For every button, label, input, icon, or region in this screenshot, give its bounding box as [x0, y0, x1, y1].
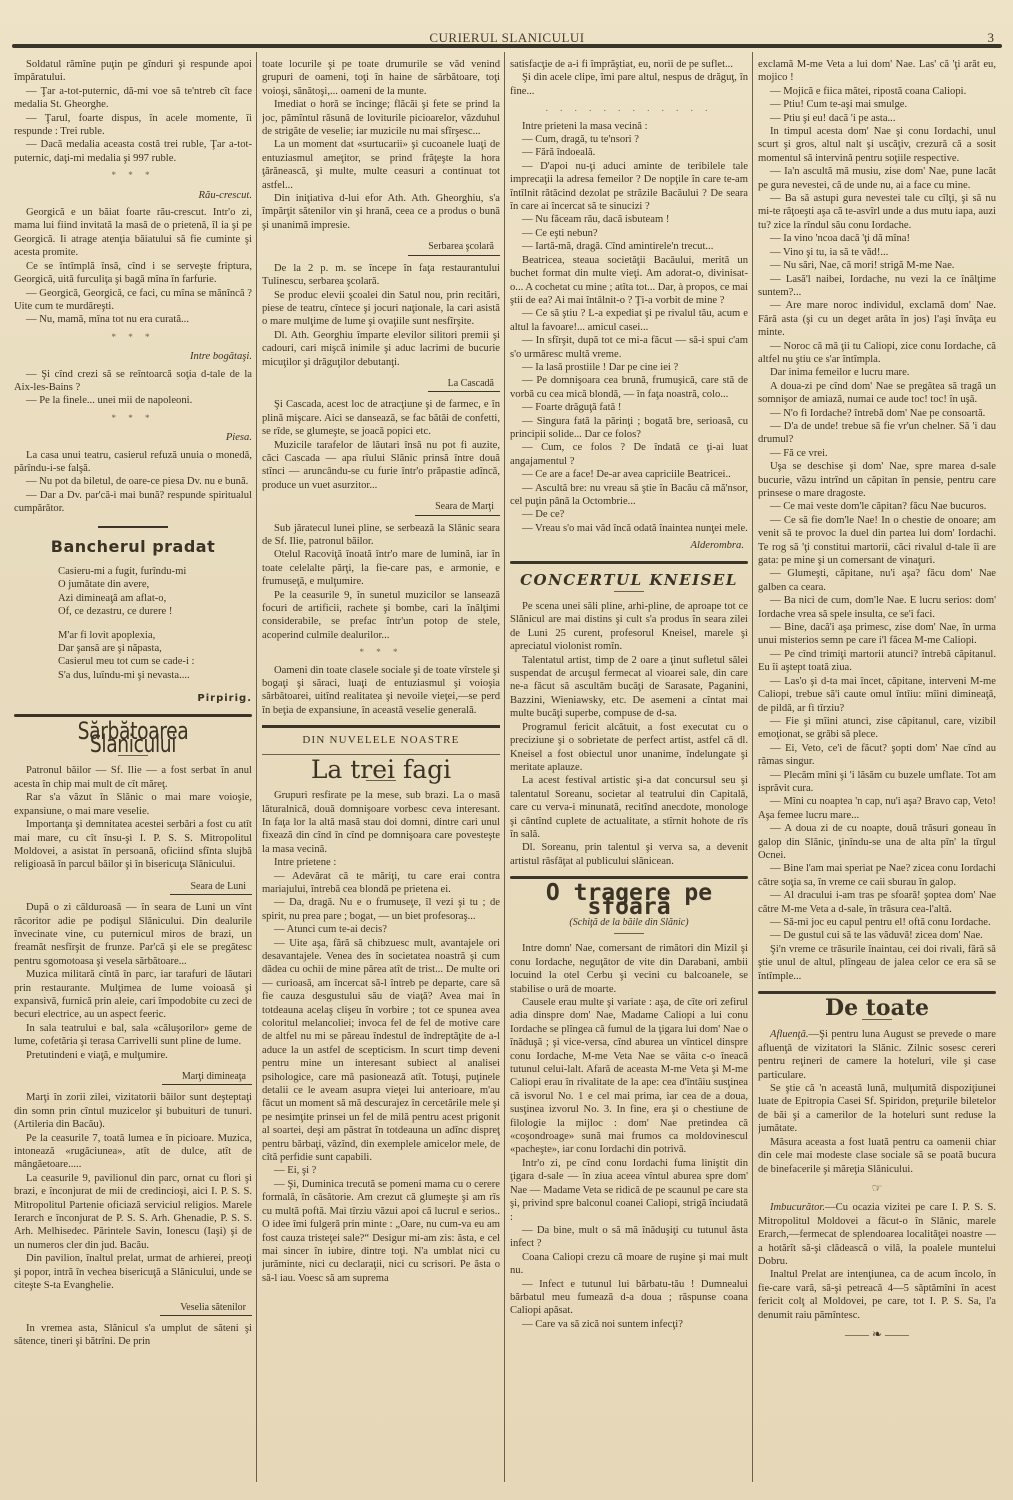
poem-title: Bancherul pradat — [14, 540, 252, 553]
column-1: Soldatul rămîne puţin pe gînduri şi resp… — [14, 58, 252, 1483]
paragraph: — Ascultă bre: nu vreau să ştie în Bacău… — [510, 482, 748, 509]
section-tag: Veselia sătenilor — [14, 1301, 252, 1316]
paragraph: Imediat o horă se încinge; flăcăi şi fet… — [262, 98, 500, 138]
paragraph: — Glumeşti, căpitane, nu'i aşa? făcu dom… — [758, 567, 996, 594]
article-title: De toate — [758, 1002, 996, 1015]
section-kicker: DIN NUVELELE NOASTRE — [262, 725, 500, 754]
paragraph: Uşa se deschise şi dom' Nae, spre marea … — [758, 460, 996, 500]
paragraph: Inaltul Prelat are intenţiunea, ca de ac… — [758, 1268, 996, 1322]
anecdote-title: Rău-crescut. — [14, 189, 252, 202]
paragraph: Dl. Soreanu, prin talentul şi verva sa, … — [510, 841, 748, 868]
paragraph: — In sfîrşit, după tot ce mi-a făcut — s… — [510, 334, 748, 361]
paragraph: — Infect e tutunul lui bărbatu-tău ! Dum… — [510, 1278, 748, 1318]
column-3: satisfacţie de a-i fi împrăştiat, eu, no… — [510, 58, 748, 1483]
paragraph: toate locurile şi pe toate drumurile se … — [262, 58, 500, 98]
paragraph: — Lasă'l naibei, Iordache, nu vezi la ce… — [758, 273, 996, 300]
poem-signature: Pirpirig. — [14, 692, 252, 705]
poem-line: Of, ce dezastru, ce durere ! — [58, 605, 252, 618]
paragraph: După o zi călduroasă — în seara de Luni … — [14, 901, 252, 968]
paragraph: Ce se întîmplă însă, cînd i se serveşte … — [14, 260, 252, 287]
poem-stanza: Casieru-mi a fugit, furîndu-mi O jumătat… — [58, 565, 252, 619]
paragraph: — Ce eşti nebun? — [510, 227, 748, 240]
paragraph: — Ce să ştiu ? L-a expediat şi pe rivalu… — [510, 307, 748, 334]
paragraph: — Ei, şi ? — [262, 1164, 500, 1177]
column-4: exclamă M-me Veta a lui dom' Nae. Las' c… — [758, 58, 996, 1483]
paragraph: — Ia'n ascultă mă musiu, zise dom' Nae, … — [758, 165, 996, 192]
paragraph: — Ce are a face! De-ar avea capriciile B… — [510, 468, 748, 481]
paragraph: — A doua zi de cu noapte, două trăsuri g… — [758, 822, 996, 862]
paragraph: Coana Caliopi crezu că moare de ruşine ş… — [510, 1251, 748, 1278]
paragraph: — N'o fi Iordache? întrebă dom' Nae pe c… — [758, 407, 996, 420]
paragraph: Şi'n vreme ce trăsurile înaintau, cei do… — [758, 943, 996, 983]
paragraph: A doua-zi pe cînd dom' Nae se pregătea s… — [758, 380, 996, 407]
paragraph: — Ba nici de cum, dom'le Nae. E lucru se… — [758, 594, 996, 621]
paragraph: Intre domn' Nae, comersant de rimători d… — [510, 942, 748, 996]
paragraph: — Are mare noroc individul, exclamă dom'… — [758, 299, 996, 339]
divider — [758, 991, 996, 994]
paragraph: — Şi cînd crezi să se reîntoarcă soţia d… — [14, 368, 252, 395]
paragraph: — Dacă medalia aceasta costă trei ruble,… — [14, 138, 252, 165]
paragraph: Rar s'a văzut în Slănic o mai mare voioş… — [14, 791, 252, 818]
paragraph: — Plecăm mîni şi 'i lăsăm cu buzele umfl… — [758, 769, 996, 796]
anecdote-soldatul: Soldatul rămîne puţin pe gînduri şi resp… — [14, 58, 252, 165]
paragraph: — Singura fată la părinţi ; bogată bre, … — [510, 415, 748, 442]
paragraph: — Pe domnişoara cea brună, frumuşică, ca… — [510, 374, 748, 401]
paragraph: Şi din acele clipe, îmi pare altul, nesp… — [510, 71, 748, 98]
paragraph: — Ce să fie dom'le Nae! In o chestie de … — [758, 514, 996, 568]
dotted-separator: . . . . . . . . . . . . — [510, 102, 748, 115]
paragraph: — Ţar a-tot-puternic, dă-mi voe să te'nt… — [14, 85, 252, 112]
paragraph: — Ia lasă prostiile ! Dar pe cine iei ? — [510, 361, 748, 374]
paragraph: — De gustul cui să te las văduvă! zicea … — [758, 929, 996, 942]
author-signature: Alderombra. — [510, 539, 744, 552]
paragraph: — Adevărat că te măriţi, tu care erai co… — [262, 870, 500, 897]
paragraph: — Bine l'am mai speriat pe Nae? zicea co… — [758, 862, 996, 889]
poem-stanza: M'ar fi lovit apoplexia, Dar şansă are ş… — [58, 629, 252, 683]
section-tag: Marţi dimineaţa — [14, 1070, 252, 1085]
paragraph: Grupuri resfirate pe la mese, sub brazi.… — [262, 789, 500, 856]
paragraph: — Georgică, Georgică, ce faci, cu mîna s… — [14, 287, 252, 314]
paragraph: Importanţa şi demnitatea acestei serbări… — [14, 818, 252, 872]
column-2: toate locurile şi pe toate drumurile se … — [262, 58, 500, 1483]
paragraph: — Nu făceam rău, dacă isbuteam ! — [510, 213, 748, 226]
paragraph: — D'apoi nu-ţi aduci aminte de teribilel… — [510, 160, 748, 214]
paragraph: Muzica militară cîntă în parc, iar taraf… — [14, 968, 252, 1022]
paragraph: — Foarte drăguţă fată ! — [510, 401, 748, 414]
paragraph: Din iniţiativa d-lui efor Ath. Ath. Gheo… — [262, 192, 500, 232]
paragraph: Causele erau multe şi variate : aşa, de … — [510, 996, 748, 1157]
paragraph: In timpul acesta dom' Nae şi conu Iordac… — [758, 125, 996, 165]
article-subtitle: (Schiţă de la băile din Slănic) — [510, 916, 748, 929]
paragraph: Pe scena unei săli pline, arhi-pline, de… — [510, 600, 748, 654]
poem-line: O jumătate din avere, — [58, 578, 252, 591]
paragraph: — Care va să zică noi suntem infecţi? — [510, 1318, 748, 1331]
paragraph: — Uite aşa, fără să chibzuesc mult, avan… — [262, 937, 500, 1165]
asterism: * * * — [14, 331, 252, 344]
paragraph: — Cum, ce folos ? De îndată ce ţi-ai lua… — [510, 441, 748, 468]
paragraph: Dar inima femeilor e lucru mare. — [758, 366, 996, 379]
divider — [510, 561, 748, 564]
paragraph: — Pe la finele... unei mii de napoleoni. — [14, 394, 252, 407]
paragraph: — Ba să astupi gura nevestei tale cu cîl… — [758, 192, 996, 232]
paragraph: — Ei, Veto, ce'i de făcut? şopti dom' Na… — [758, 742, 996, 769]
paragraph: Se ştie că 'n această lună, mulţumită di… — [758, 1082, 996, 1136]
end-ornament-icon: —— ❧ —— — [758, 1328, 996, 1341]
paragraph: Patronul băilor — Sf. Ilie — a fost serb… — [14, 764, 252, 791]
paragraph: satisfacţie de a-i fi împrăştiat, eu, no… — [510, 58, 748, 71]
paragraph: — Atunci cum te-ai decis? — [262, 923, 500, 936]
poem-line: Casieru-mi a fugit, furîndu-mi — [58, 565, 252, 578]
divider — [98, 526, 168, 528]
hand-ornament-icon: ☞ — [758, 1182, 996, 1195]
section-tag: Seara de Marţi — [262, 500, 500, 515]
paragraph: — Dar a Dv. par'că-i mai bună? respunde … — [14, 489, 252, 516]
paragraph: — Să-mi joc eu capul pentru el! oftă con… — [758, 916, 996, 929]
paragraph: La acest festival artistic şi-a dat conc… — [510, 774, 748, 841]
column-divider — [752, 52, 753, 1482]
column-divider — [504, 52, 505, 1482]
paragraph: In sala teatrului e bal, sala «căluşoril… — [14, 1022, 252, 1049]
poem-line: Casierul meu tot cum se cade-i : — [58, 655, 252, 668]
article-title: O tragere pe sfoară — [510, 887, 748, 914]
paragraph: Dl. Ath. Georghiu împarte elevilor silit… — [262, 329, 500, 369]
paragraph: — De ce? — [510, 508, 748, 521]
paragraph: Muzicile tarafelor de lăutari însă nu po… — [262, 439, 500, 493]
poem-line: S'a dus, luîndu-mi şi nevasta.... — [58, 669, 252, 682]
article-title: Sărbătoarea Slanicului — [40, 725, 226, 752]
paragraph: Marţi în zorii zilei, vizitatorii băilor… — [14, 1091, 252, 1131]
masthead: CURIERUL SLANICULUI 3 — [12, 26, 1002, 48]
paragraph: Imbucurător.—Cu ocazia vizitei pe care I… — [758, 1201, 996, 1268]
paragraph: Măsura aceasta a fost luată pentru ca oa… — [758, 1136, 996, 1176]
paragraph: Intre prietene : — [262, 856, 500, 869]
paragraph: exclamă M-me Veta a lui dom' Nae. Las' c… — [758, 58, 996, 85]
item-label: Afluenţă. — [770, 1029, 809, 1040]
paragraph: Programul fericit alcătuit, a fost execu… — [510, 721, 748, 775]
paragraph: La casa unui teatru, casierul refuză unu… — [14, 449, 252, 476]
paragraph: — Mojică e fiica mătei, ripostă coana Ca… — [758, 85, 996, 98]
paragraph: Afluenţă.—Şi pentru luna August se preve… — [758, 1028, 996, 1082]
paragraph: Beatricea, steaua societăţii Bacăului, m… — [510, 254, 748, 308]
asterism: * * * — [14, 412, 252, 425]
item-label: Imbucurător. — [770, 1202, 825, 1213]
section-tag: Seara de Luni — [14, 880, 252, 895]
paragraph: Soldatul rămîne puţin pe gînduri şi resp… — [14, 58, 252, 85]
article-title: CONCERTUL KNEISEL — [510, 574, 748, 587]
paragraph: — Noroc că mă ţii tu Caliopi, zice conu … — [758, 340, 996, 367]
paragraph: Şi Cascada, acest loc de atracţiune şi d… — [262, 398, 500, 438]
paragraph: — Mîni cu noaptea 'n cap, nu'i aşa? Brav… — [758, 795, 996, 822]
section-tag: La Cascadă — [262, 377, 500, 392]
paragraph: — Pe cînd trimiţi martorii atunci? între… — [758, 648, 996, 675]
poem-line: Dar şansă are şi năpasta, — [58, 642, 252, 655]
paragraph: In vremea asta, Slănicul s'a umplut de s… — [14, 1322, 252, 1349]
anecdote-title: Piesa. — [14, 431, 252, 444]
paragraph: — D'a de unde! trebue să fie vr'un cheln… — [758, 420, 996, 447]
paragraph: Otelul Racoviţă înoată într'o mare de lu… — [262, 548, 500, 588]
paragraph: — Fă ce vrei. — [758, 447, 996, 460]
article-title: La trei fagi — [262, 763, 500, 776]
paragraph: Intre prieteni la masa vecină : — [510, 120, 748, 133]
paragraph: Pe la ceasurile 7, toată lumea e în pici… — [14, 1132, 252, 1172]
column-divider — [256, 52, 257, 1482]
asterism: * * * — [262, 646, 500, 659]
paragraph: — Ptiu! Cum te-aşi mai smulge. — [758, 98, 996, 111]
paragraph: — Bine, dacă'i aşa primesc, zise dom' Na… — [758, 621, 996, 648]
paragraph: — Iartă-mă, dragă. Cînd amintirele'n tre… — [510, 240, 748, 253]
paragraph: — Nu, mamă, mîna tot nu era curată... — [14, 313, 252, 326]
paragraph: — Al dracului i-am tras pe sfoară! şopte… — [758, 889, 996, 916]
paragraph: Intr'o zi, pe cînd conu Iordachi fuma li… — [510, 1157, 748, 1224]
paragraph: Georgică e un băiat foarte rău-crescut. … — [14, 206, 252, 260]
paragraph: — Cum, dragă, tu te'nsori ? — [510, 133, 748, 146]
paragraph: La ceasurile 9, pavilionul din parc, orn… — [14, 1172, 252, 1252]
masthead-rule — [12, 44, 1002, 48]
paragraph: — Ptiu şi eu! dacă 'i pe asta... — [758, 112, 996, 125]
paragraph: — Şi, Duminica trecută se pomeni mama cu… — [262, 1178, 500, 1285]
divider — [510, 876, 748, 879]
paragraph: — Fără îndoeală. — [510, 146, 748, 159]
section-tag: Serbarea şcolară — [262, 240, 500, 255]
paragraph: — Da bine, mult o să mă înăduşiţi cu tut… — [510, 1224, 748, 1251]
divider — [614, 591, 644, 592]
paragraph: — Ţarul, foarte dispus, în acele momente… — [14, 112, 252, 139]
poem-line: M'ar fi lovit apoplexia, — [58, 629, 252, 642]
paragraph: Se produc elevii şcoalei din Satul nou, … — [262, 289, 500, 329]
paragraph: — Da, dragă. Nu e o frumuseţe, îl vezi ş… — [262, 896, 500, 923]
paragraph: — Nu pot da biletul, de oare-ce piesa Dv… — [14, 475, 252, 488]
paragraph: — Nu sări, Nae, că mori! strigă M-me Nae… — [758, 259, 996, 272]
paragraph: — Ce mai veste dom'le căpitan? făcu Nae … — [758, 500, 996, 513]
paragraph: — Vino şi tu, ia să te văd!... — [758, 246, 996, 259]
paragraph: — Ia vino 'ncoa dacă 'ţi dă mîna! — [758, 232, 996, 245]
paragraph: Din pavilion, înaltul prelat, urmat de a… — [14, 1252, 252, 1292]
paragraph: Oameni din toate clasele sociale şi de t… — [262, 664, 500, 718]
paragraph: — Vreau s'o mai văd încă odată înaintea … — [510, 522, 748, 535]
paragraph: — Las'o şi d-ta mai încet, căpitane, int… — [758, 675, 996, 715]
paragraph: Pe la ceasurile 9, în sunetul muzicilor … — [262, 589, 500, 643]
paragraph: Talentatul artist, timp de 2 oare a ţinu… — [510, 654, 748, 721]
story-continuation: exclamă M-me Veta a lui dom' Nae. Las' c… — [758, 58, 996, 983]
anecdote-title: Intre bogătaşi. — [14, 350, 252, 363]
paragraph: De la 2 p. m. se începe în faţa restaura… — [262, 262, 500, 289]
poem: Casieru-mi a fugit, furîndu-mi O jumătat… — [58, 565, 252, 682]
newspaper-page: CURIERUL SLANICULUI 3 Soldatul rămîne pu… — [0, 0, 1013, 1500]
poem-line: Azi dimineaţă am aflat-o, — [58, 592, 252, 605]
paragraph: Sub jăratecul lunei pline, se serbează l… — [262, 522, 500, 549]
divider — [614, 933, 644, 934]
paragraph: La un moment dat «surtucarii» şi cucoane… — [262, 138, 500, 192]
paragraph: Pretutindeni e viaţă, e mulţumire. — [14, 1049, 252, 1062]
asterism: * * * — [14, 169, 252, 182]
paragraph: — Fie şi mîini atunci, zise căpitanul, c… — [758, 715, 996, 742]
